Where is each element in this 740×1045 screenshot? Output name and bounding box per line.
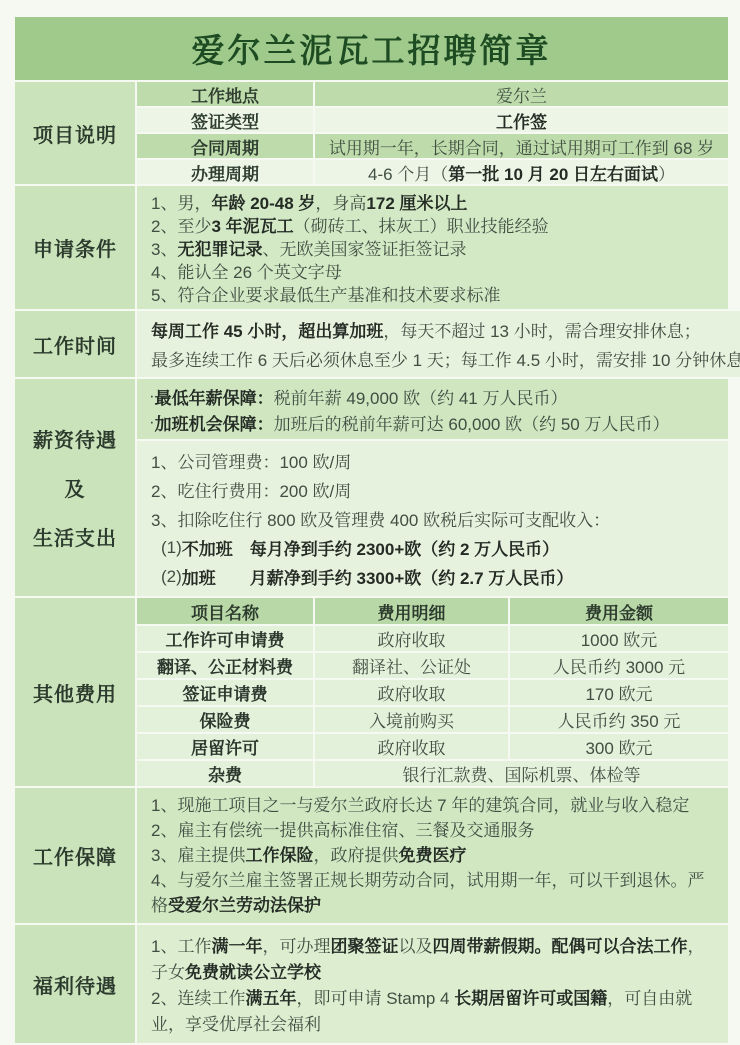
salary-label-line: 生活支出: [33, 522, 117, 551]
section-worktime: 工作时间 每周工作 45 小时，超出算加班，每天不超过 13 小时，需合理安排休…: [15, 311, 728, 377]
section-label-welfare: 福利待遇: [15, 925, 135, 1043]
fee-name: 杂费: [137, 761, 313, 786]
section-label-guarantee: 工作保障: [15, 788, 135, 923]
guarantee-item: 3、雇主提供工作保险，政府提供免费医疗: [151, 843, 720, 868]
fees-header-amount: 费用金额: [510, 598, 728, 624]
section-fees: 其他费用 项目名称 费用明细 费用金额 工作许可申请费 政府收取 1000 欧元…: [15, 598, 728, 786]
cost-line: 2、吃住行费用：200 欧/周: [151, 475, 724, 504]
section-salary: 薪资待遇 及 生活支出 ·最低年薪保障：税前年薪 49,000 欧（约 41 万…: [15, 379, 728, 596]
condition-item: 3、无犯罪记录、无欧美国家签证拒签记录: [151, 236, 724, 259]
fee-name: 签证申请费: [137, 680, 313, 705]
cost-line: (1) 不加班 每月净到手约 2300+欧（约 2 万人民币）: [151, 533, 724, 562]
living-cost-block: 1、公司管理费：100 欧/周 2、吃住行费用：200 欧/周 3、扣除吃住行 …: [137, 441, 728, 596]
kv-key: 签证类型: [137, 108, 313, 132]
fee-detail: 翻译社、公证处: [315, 653, 508, 678]
fee-name: 工作许可申请费: [137, 626, 313, 651]
cost-line: 1、公司管理费：100 欧/周: [151, 446, 724, 475]
section-conditions: 申请条件 1、男，年龄 20-48 岁，身高 172 厘米以上 2、至少 3 年…: [15, 186, 728, 309]
salary-label-line: 薪资待遇: [33, 424, 117, 453]
kv-value: 4-6 个月（第一批 10 月 20 日左右面试）: [315, 160, 728, 184]
section-project: 项目说明 工作地点 爱尔兰 签证类型 工作签 合同周期 试用期一年，长期合同，通…: [15, 82, 728, 184]
worktime-content: 每周工作 45 小时，超出算加班，每天不超过 13 小时，需合理安排休息； 最多…: [137, 311, 740, 377]
section-label-fees: 其他费用: [15, 598, 135, 786]
condition-item: 2、至少 3 年泥瓦工（砌砖工、抹灰工）职业技能经验: [151, 213, 724, 236]
guarantee-item: 4、与爱尔兰雇主签署正规长期劳动合同，试用期一年，可以干到退休。严格受爱尔兰劳动…: [151, 868, 720, 918]
fee-name: 翻译、公正材料费: [137, 653, 313, 678]
salary-label-line: 及: [65, 473, 86, 502]
salary-line: ·最低年薪保障：税前年薪 49,000 欧（约 41 万人民币）: [149, 383, 724, 409]
section-label-worktime: 工作时间: [15, 311, 135, 377]
conditions-content: 1、男，年龄 20-48 岁，身高 172 厘米以上 2、至少 3 年泥瓦工（砌…: [137, 186, 728, 309]
kv-key: 工作地点: [137, 82, 313, 106]
fees-header-name: 项目名称: [137, 598, 313, 624]
section-guarantee: 工作保障 1、现施工项目之一与爱尔兰政府长达 7 年的建筑合同，就业与收入稳定 …: [15, 788, 728, 923]
worktime-line: 最多连续工作 6 天后必须休息至少 1 天；每工作 4.5 小时，需安排 10 …: [151, 344, 740, 373]
kv-key: 办理周期: [137, 160, 313, 184]
kv-value: 试用期一年，长期合同，通过试用期可工作到 68 岁: [315, 134, 728, 158]
guarantee-item: 2、雇主有偿统一提供高标准住宿、三餐及交通服务: [151, 818, 720, 843]
kv-value: 爱尔兰: [315, 82, 728, 106]
salary-guarantee-block: ·最低年薪保障：税前年薪 49,000 欧（约 41 万人民币） ·加班机会保障…: [137, 379, 728, 439]
fee-detail: 政府收取: [315, 626, 508, 651]
worktime-line: 每周工作 45 小时，超出算加班，每天不超过 13 小时，需合理安排休息；: [151, 315, 740, 344]
poster-title-bar: 爱尔兰泥瓦工招聘简章: [15, 17, 728, 80]
fees-table: 项目名称 费用明细 费用金额 工作许可申请费 政府收取 1000 欧元 翻译、公…: [137, 598, 728, 786]
cost-line: 3、扣除吃住行 800 欧及管理费 400 欧税后实际可支配收入：: [151, 504, 724, 533]
kv-value: 工作签: [315, 108, 728, 132]
poster-title: 爱尔兰泥瓦工招聘简章: [192, 25, 552, 72]
fee-amount: 170 欧元: [510, 680, 728, 705]
salary-line: ·加班机会保障：加班后的税前年薪可达 60,000 欧（约 50 万人民币）: [149, 409, 724, 435]
kv-key: 合同周期: [137, 134, 313, 158]
fee-name: 保险费: [137, 707, 313, 732]
fees-header-detail: 费用明细: [315, 598, 508, 624]
fee-detail: 入境前购买: [315, 707, 508, 732]
fee-name: 居留许可: [137, 734, 313, 759]
cost-line: (2) 加班 月薪净到手约 3300+欧（约 2.7 万人民币）: [151, 562, 724, 591]
fee-amount: 300 欧元: [510, 734, 728, 759]
welfare-content: 1、工作满一年，可办理团聚签证以及四周带薪假期。配偶可以合法工作，子女免费就读公…: [137, 925, 728, 1043]
welfare-item: 2、连续工作满五年，即可申请 Stamp 4 长期居留许可或国籍，可自由就业，享…: [151, 986, 720, 1038]
fee-amount: 人民币约 350 元: [510, 707, 728, 732]
fee-detail: 政府收取: [315, 680, 508, 705]
section-welfare: 福利待遇 1、工作满一年，可办理团聚签证以及四周带薪假期。配偶可以合法工作，子女…: [15, 925, 728, 1043]
recruitment-poster: 爱尔兰泥瓦工招聘简章 项目说明 工作地点 爱尔兰 签证类型 工作签 合同周期 试…: [15, 17, 728, 1045]
section-label-project: 项目说明: [15, 82, 135, 184]
fee-detail: 政府收取: [315, 734, 508, 759]
salary-content: ·最低年薪保障：税前年薪 49,000 欧（约 41 万人民币） ·加班机会保障…: [137, 379, 728, 596]
section-label-salary: 薪资待遇 及 生活支出: [15, 379, 135, 596]
project-table: 工作地点 爱尔兰 签证类型 工作签 合同周期 试用期一年，长期合同，通过试用期可…: [137, 82, 728, 184]
fee-detail-span: 银行汇款费、国际机票、体检等: [315, 761, 728, 786]
fee-amount: 1000 欧元: [510, 626, 728, 651]
guarantee-content: 1、现施工项目之一与爱尔兰政府长达 7 年的建筑合同，就业与收入稳定 2、雇主有…: [137, 788, 728, 923]
guarantee-item: 1、现施工项目之一与爱尔兰政府长达 7 年的建筑合同，就业与收入稳定: [151, 793, 720, 818]
fee-amount: 人民币约 3000 元: [510, 653, 728, 678]
condition-item: 1、男，年龄 20-48 岁，身高 172 厘米以上: [151, 190, 724, 213]
condition-item: 5、符合企业要求最低生产基准和技术要求标准: [151, 282, 724, 305]
condition-item: 4、能认全 26 个英文字母: [151, 259, 724, 282]
section-label-conditions: 申请条件: [15, 186, 135, 309]
welfare-item: 1、工作满一年，可办理团聚签证以及四周带薪假期。配偶可以合法工作，子女免费就读公…: [151, 934, 720, 986]
